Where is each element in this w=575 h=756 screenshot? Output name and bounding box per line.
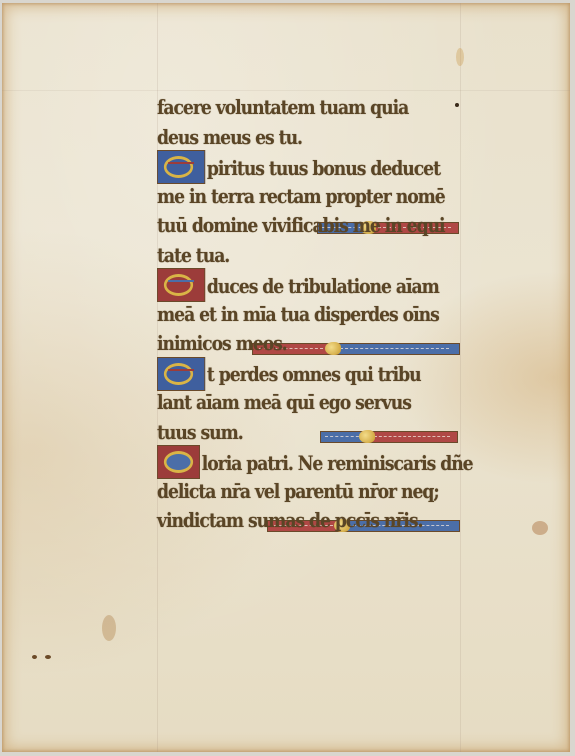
text-line: inimicos meos. [157, 329, 419, 359]
stain [32, 655, 37, 659]
text-line: facere voluntatem tuam quia [157, 93, 419, 123]
text-block: facere voluntatem tuam quia deus meus es… [157, 93, 462, 536]
stain [456, 48, 464, 66]
text-line: duces de tribulatione aīam [157, 270, 419, 300]
text-line: lant aīam meā quī ego servus [157, 388, 419, 418]
text-line: vindictam sumas de pccīs nr̄is. [157, 506, 419, 536]
text-line: delicta nr̄a vel parentū nr̄or neq; [157, 477, 419, 507]
decorated-initial-s [157, 150, 205, 184]
ruling-line [2, 90, 570, 91]
text-line: loria patri. Ne reminiscaris dñe [157, 447, 419, 477]
decorated-initial-g [157, 445, 200, 479]
text-line: t perdes omnes qui tribu [157, 359, 419, 389]
text-line: me in terra rectam propter nomē [157, 182, 419, 212]
text-line: tuū domine vivificabis me in equi [157, 211, 419, 241]
stain [45, 655, 51, 659]
decorated-initial-e [157, 357, 205, 391]
text-line: tuus sum. [157, 418, 419, 448]
stain [532, 521, 548, 535]
text-line: piritus tuus bonus deducet [157, 152, 419, 182]
text-line: tate tua. [157, 241, 419, 271]
decorated-initial-e [157, 268, 205, 302]
stain [102, 615, 116, 641]
text-line: deus meus es tu. [157, 123, 419, 153]
text-line: meā et in mīa tua disperdes oīns [157, 300, 419, 330]
